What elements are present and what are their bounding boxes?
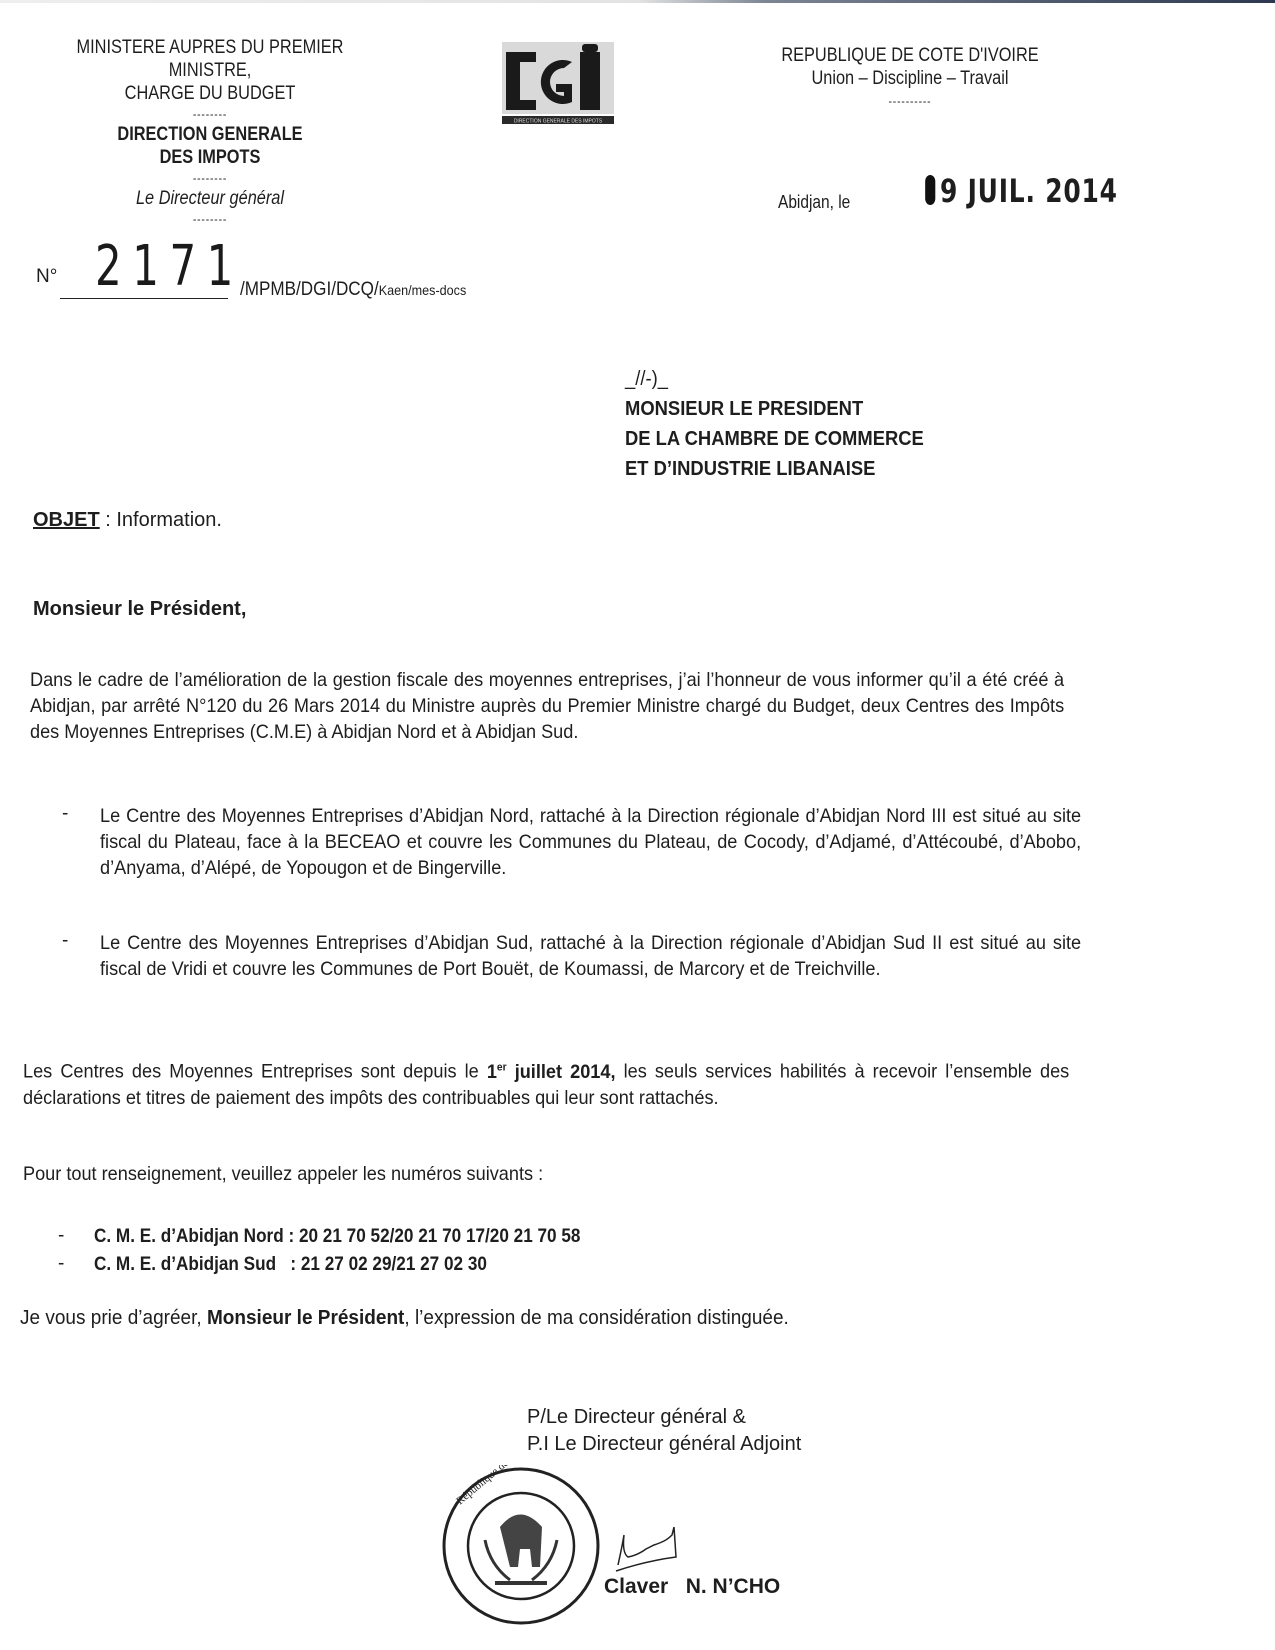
subject-label: OBJET (33, 509, 100, 531)
stamp-ink-dot (925, 175, 935, 205)
republic-header: REPUBLIQUE DE COTE D'IVOIRE Union – Disc… (768, 44, 1052, 113)
separator: -------- (47, 210, 374, 228)
reference-suffix: /MPMB/DGI/DCQ/Kaen/mes-docs (240, 279, 466, 301)
svg-text:DIRECTION GENERALE DES IMPOTS: DIRECTION GENERALE DES IMPOTS (514, 119, 603, 125)
handwritten-signature-icon (610, 1525, 692, 1573)
recipient-line: ET D’INDUSTRIE LIBANAISE (625, 454, 924, 484)
body-effective: Les Centres des Moyennes Entreprises son… (23, 1054, 1069, 1111)
bullet-nord: Le Centre des Moyennes Entreprises d’Abi… (100, 803, 1081, 881)
official-seal-icon: République de Cote d'Ivoire (440, 1465, 602, 1627)
reference-path: Kaen/mes-docs (379, 282, 467, 298)
bullet-dash: - (58, 1225, 64, 1247)
direction-line-2: DES IMPOTS (47, 146, 374, 169)
bullet-dash: - (58, 1253, 64, 1275)
signature-block: P/Le Directeur général & P.I Le Directeu… (527, 1404, 801, 1458)
body-intro: Dans le cadre de l’amélioration de la ge… (30, 667, 1064, 745)
contact-sud: C. M. E. d’Abidjan Sud : 21 27 02 29/21 … (94, 1253, 487, 1276)
reference-prefix: N° (36, 266, 57, 288)
scan-edge (0, 0, 1275, 3)
contact-intro: Pour tout renseignement, veuillez appele… (23, 1163, 543, 1186)
signature-line-2: P.I Le Directeur général Adjoint (527, 1431, 801, 1458)
salutation: Monsieur le Président, (33, 598, 246, 621)
date-stamp: 9 JUIL. 2014 (925, 172, 1118, 210)
dgi-logo: DIRECTION GENERALE DES IMPOTS (502, 42, 614, 128)
separator: -------- (47, 105, 374, 123)
subject-value: : Information. (100, 509, 222, 531)
subject-line: OBJET : Information. (33, 509, 222, 532)
date-place: Abidjan, le (778, 192, 850, 213)
ministry-header: MINISTERE AUPRES DU PREMIER MINISTRE, CH… (47, 36, 374, 228)
reference-number-field: 2171 (60, 232, 228, 299)
bullet-dash: - (62, 803, 68, 825)
bullet-sud: Le Centre des Moyennes Entreprises d’Abi… (100, 930, 1081, 982)
national-motto: Union – Discipline – Travail (768, 67, 1052, 90)
recipient-symbol: _//-)_ (625, 364, 924, 394)
ministry-line-2: CHARGE DU BUDGET (47, 82, 374, 105)
country-name: REPUBLIQUE DE COTE D'IVOIRE (768, 44, 1052, 67)
signature-line-1: P/Le Directeur général & (527, 1404, 801, 1431)
separator: ---------- (768, 90, 1052, 113)
direction-line-1: DIRECTION GENERALE (47, 123, 374, 146)
reference-number: 2171 (95, 234, 244, 299)
closing-formula: Je vous prie d’agréer, Monsieur le Prési… (20, 1307, 789, 1330)
ministry-line-1: MINISTERE AUPRES DU PREMIER MINISTRE, (47, 36, 374, 82)
contact-nord: C. M. E. d’Abidjan Nord : 20 21 70 52/20… (94, 1225, 580, 1248)
bullet-dash: - (62, 930, 68, 952)
role-title: Le Directeur général (47, 187, 374, 210)
recipient-line: DE LA CHAMBRE DE COMMERCE (625, 424, 924, 454)
recipient-line: MONSIEUR LE PRESIDENT (625, 394, 924, 424)
signatory-name: Claver N. N’CHO (604, 1575, 780, 1599)
phone-numbers: 20 21 70 52/20 21 70 17/20 21 70 58 (299, 1225, 580, 1247)
phone-numbers: 21 27 02 29/21 27 02 30 (301, 1253, 487, 1275)
date-stamp-text: 9 JUIL. 2014 (940, 172, 1118, 210)
recipient-block: _//-)_ MONSIEUR LE PRESIDENT DE LA CHAMB… (625, 364, 924, 484)
separator: -------- (47, 169, 374, 187)
